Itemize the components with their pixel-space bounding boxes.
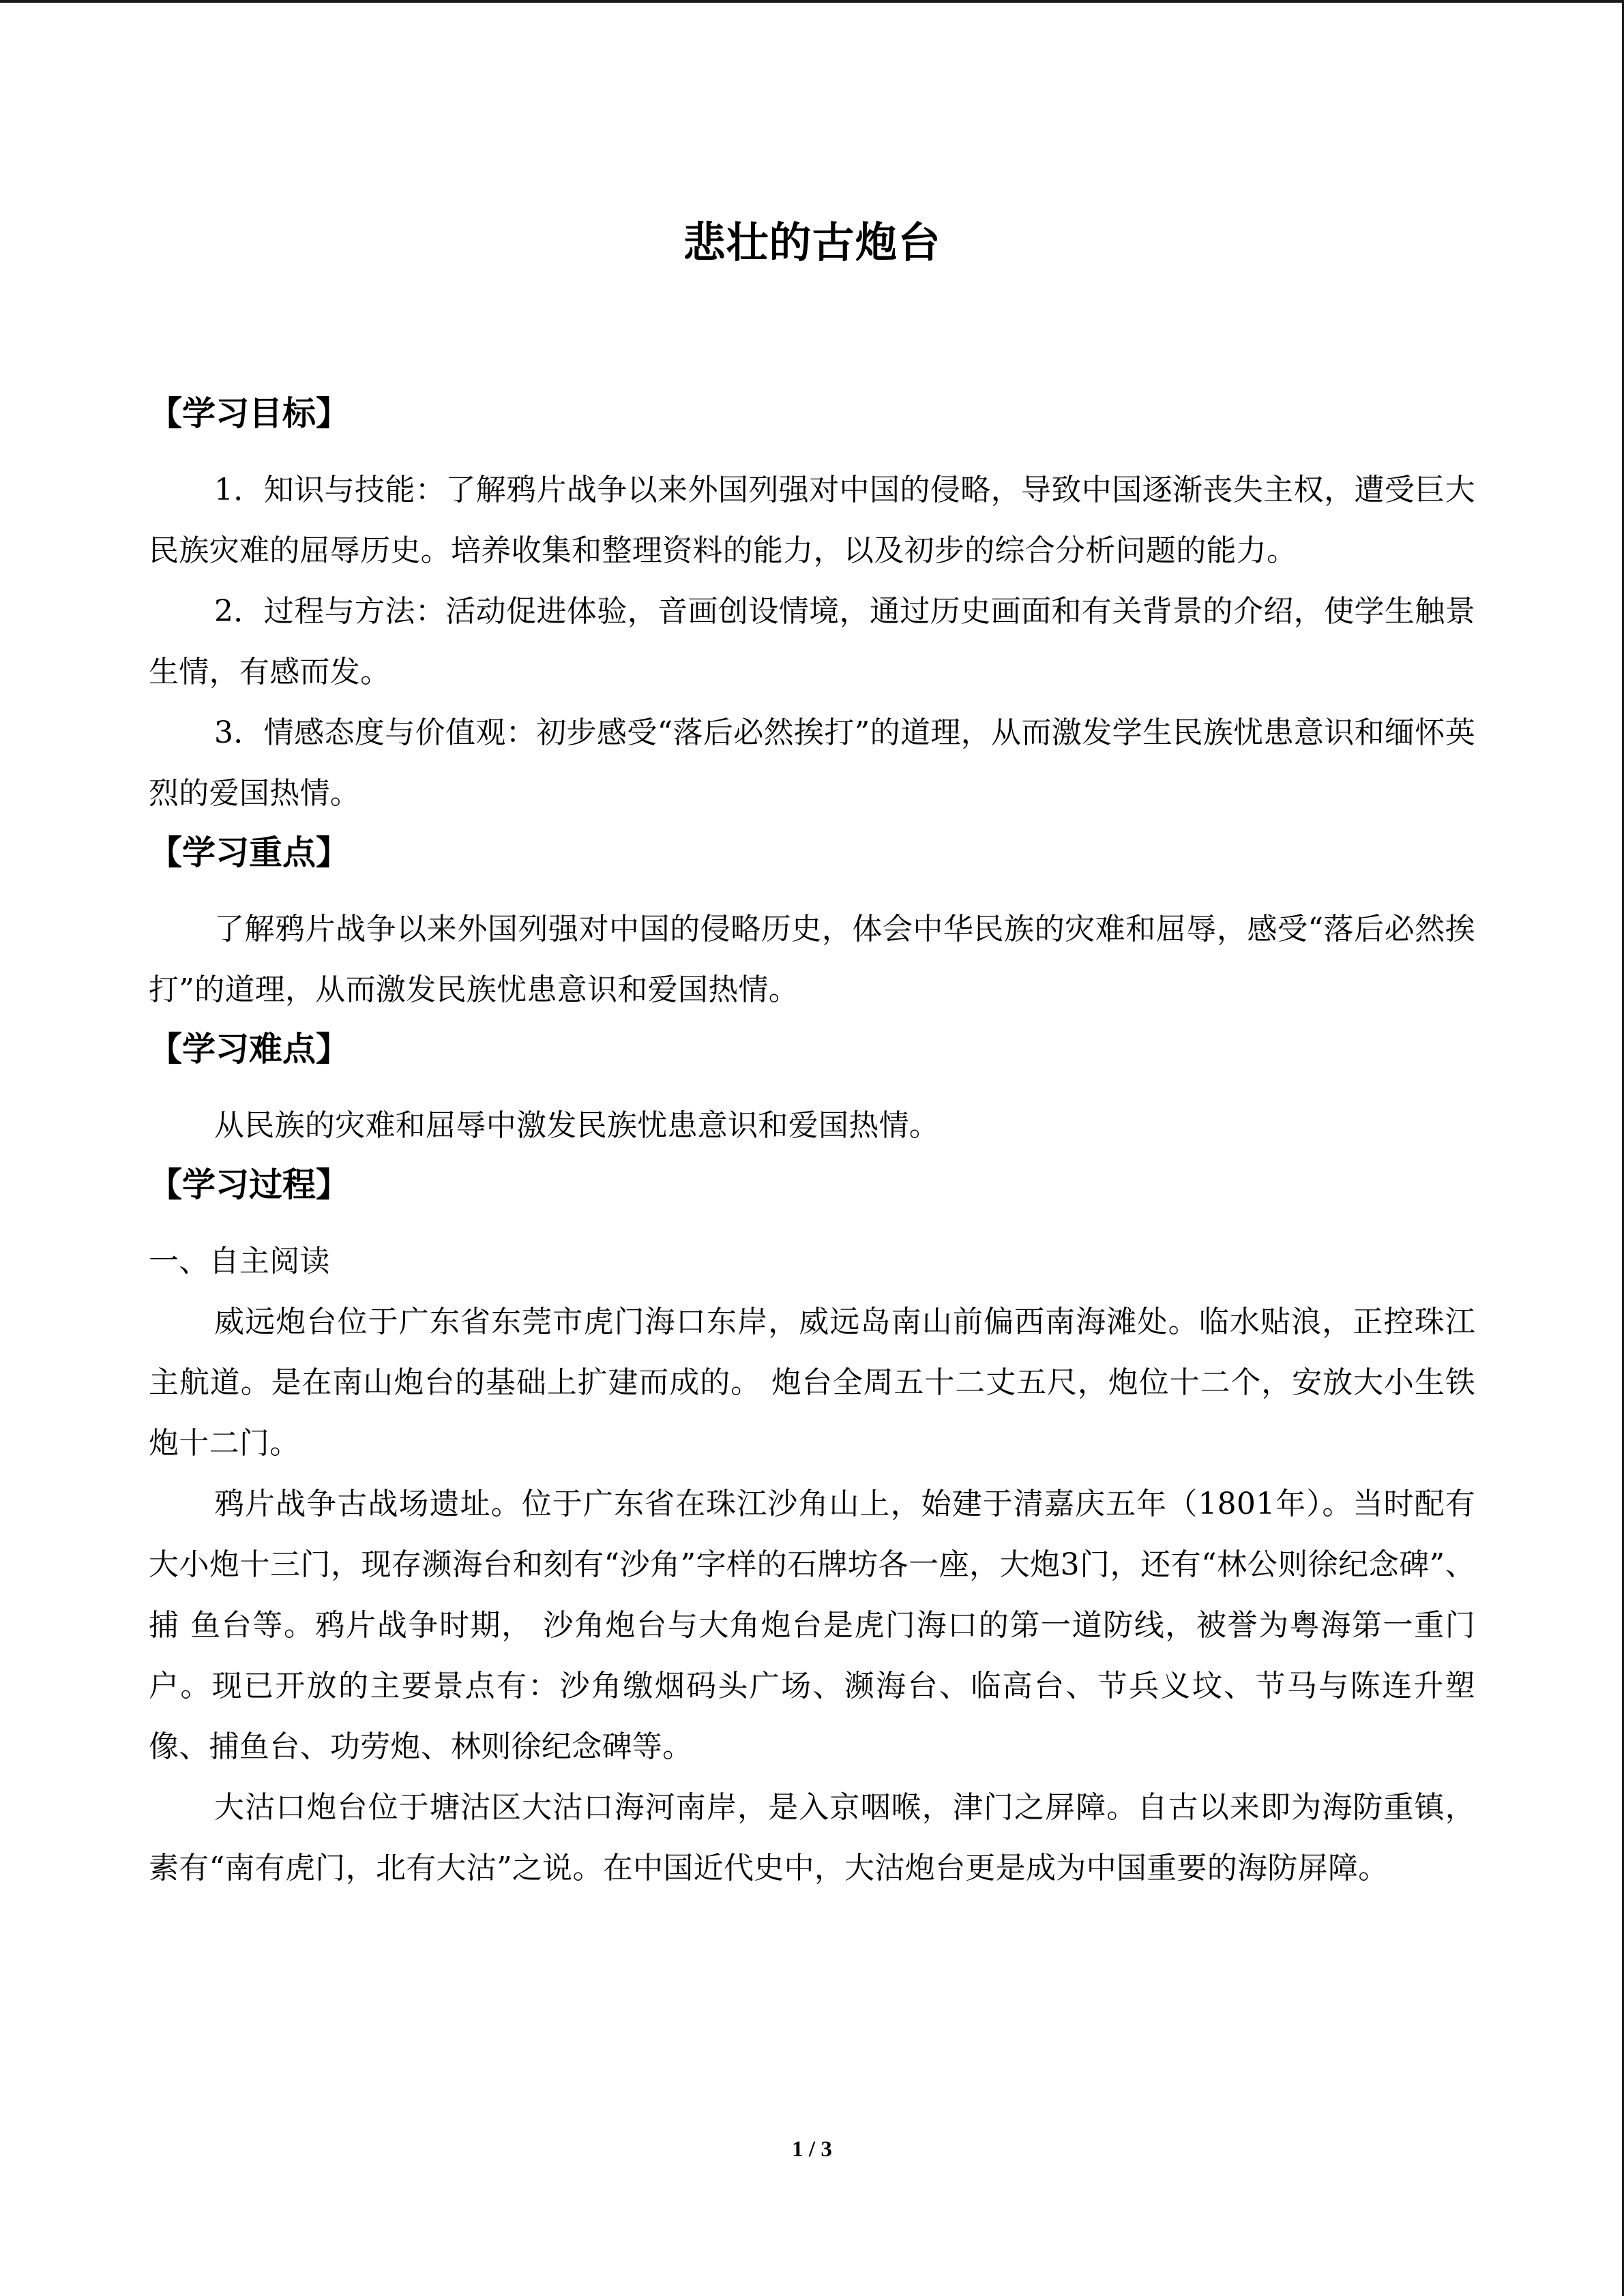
spacer	[149, 1079, 1475, 1095]
section-heading-objectives: 【学习目标】	[149, 385, 1475, 443]
key-points-text: 了解鸦片战争以来外国列强对中国的侵略历史，体会中华民族的灾难和屈辱，感受“落后必…	[149, 899, 1475, 1020]
difficulties-text: 从民族的灾难和屈辱中激发民族忧患意识和爱国热情。	[149, 1095, 1475, 1156]
process-subheading: 一、自主阅读	[149, 1231, 1475, 1292]
spacer	[149, 882, 1475, 899]
process-paragraph-1: 威远炮台位于广东省东莞市虎门海口东岸，威远岛南山前偏西南海滩处。临水贴浪，正控珠…	[149, 1292, 1475, 1474]
process-paragraph-3: 大沽口炮台位于塘沽区大沽口海河南岸，是入京咽喉，津门之屏障。自古以来即为海防重镇…	[149, 1777, 1475, 1898]
section-objectives: 【学习目标】 1．知识与技能：了解鸦片战争以来外国列强对中国的侵略，导致中国逐渐…	[149, 385, 1475, 824]
objective-item-3: 3．情感态度与价值观：初步感受“落后必然挨打”的道理，从而激发学生民族忧患意识和…	[149, 702, 1475, 824]
process-paragraph-2: 鸦片战争古战场遗址。位于广东省在珠江沙角山上，始建于清嘉庆五年（1801年）。当…	[149, 1474, 1475, 1777]
objective-item-1: 1．知识与技能：了解鸦片战争以来外国列强对中国的侵略，导致中国逐渐丧失主权，遭受…	[149, 460, 1475, 581]
spacer	[149, 443, 1475, 460]
section-process: 【学习过程】 一、自主阅读 威远炮台位于广东省东莞市虎门海口东岸，威远岛南山前偏…	[149, 1156, 1475, 1898]
page-number: 1 / 3	[0, 2136, 1624, 2163]
spacer	[149, 1214, 1475, 1231]
section-heading-key-points: 【学习重点】	[149, 824, 1475, 882]
section-heading-process: 【学习过程】	[149, 1156, 1475, 1214]
section-difficulties: 【学习难点】 从民族的灾难和屈辱中激发民族忧患意识和爱国热情。	[149, 1020, 1475, 1156]
objective-item-2: 2．过程与方法：活动促进体验，音画创设情境，通过历史画面和有关背景的介绍，使学生…	[149, 581, 1475, 702]
document-page: 悲壮的古炮台 【学习目标】 1．知识与技能：了解鸦片战争以来外国列强对中国的侵略…	[0, 0, 1624, 2296]
document-title: 悲壮的古炮台	[0, 215, 1624, 270]
document-body: 【学习目标】 1．知识与技能：了解鸦片战争以来外国列强对中国的侵略，导致中国逐渐…	[149, 385, 1475, 1898]
section-heading-difficulties: 【学习难点】	[149, 1020, 1475, 1079]
section-key-points: 【学习重点】 了解鸦片战争以来外国列强对中国的侵略历史，体会中华民族的灾难和屈辱…	[149, 824, 1475, 1020]
